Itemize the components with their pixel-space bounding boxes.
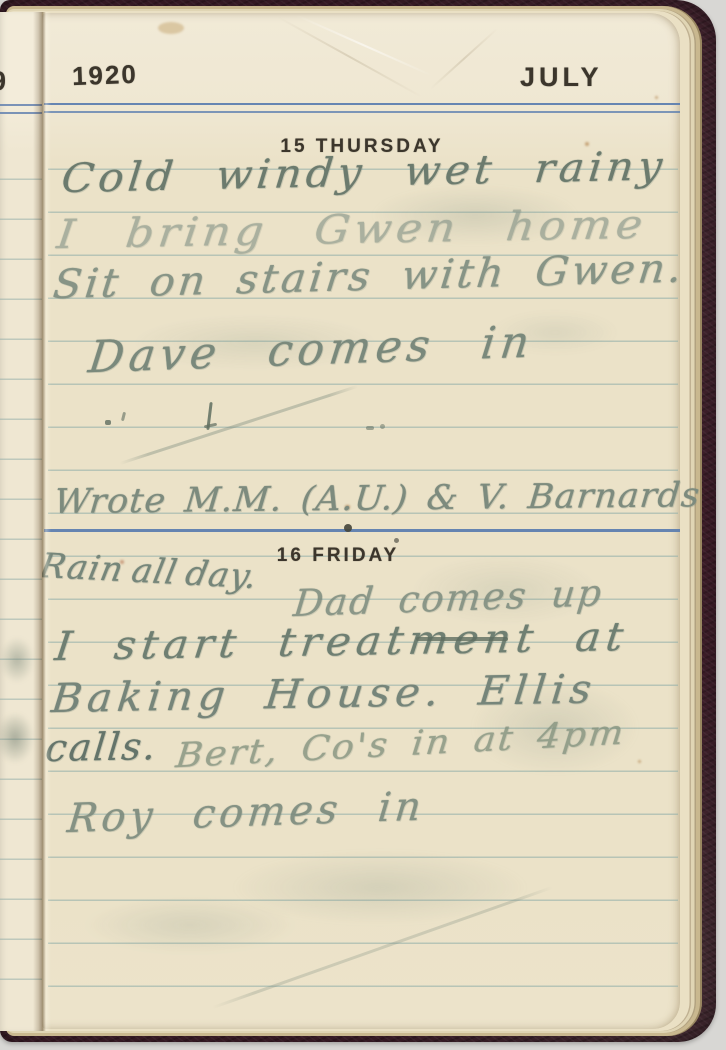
friday-divider-rule: [44, 529, 680, 532]
diary-scan: 1920 JULY 15 THURSDAY 16 FRIDAY Cold win…: [0, 0, 726, 1050]
printed-month: JULY: [520, 62, 603, 93]
handwritten-line-friday-3: Baking House. Ellis: [49, 666, 599, 722]
ghost-smudge: [80, 895, 300, 955]
header-rule-bottom: [44, 111, 680, 113]
header-rule-top: [44, 103, 680, 105]
printed-year: 1920: [71, 59, 138, 92]
pencil-stroke-over-treatment: [416, 637, 508, 641]
ink-blot: [344, 524, 352, 532]
pencil-mark: [380, 424, 385, 429]
paper-stain: [158, 22, 184, 34]
foxing-dot: [655, 96, 658, 99]
foxing-dot: [638, 760, 641, 763]
pencil-mark: [105, 420, 111, 425]
ink-blot: [394, 538, 399, 543]
handwritten-line-wrote: Wrote M.M. (A.U.) & V. Barnards: [52, 475, 702, 522]
facing-page-pencil-smudge: [0, 712, 34, 764]
facing-page-pencil-smudge: [0, 637, 34, 683]
pencil-mark: [366, 426, 374, 430]
facing-page-year-fragment: 9: [0, 66, 7, 97]
handwritten-line-friday-4a: calls.: [43, 724, 159, 770]
gutter-shadow: [33, 12, 51, 1031]
